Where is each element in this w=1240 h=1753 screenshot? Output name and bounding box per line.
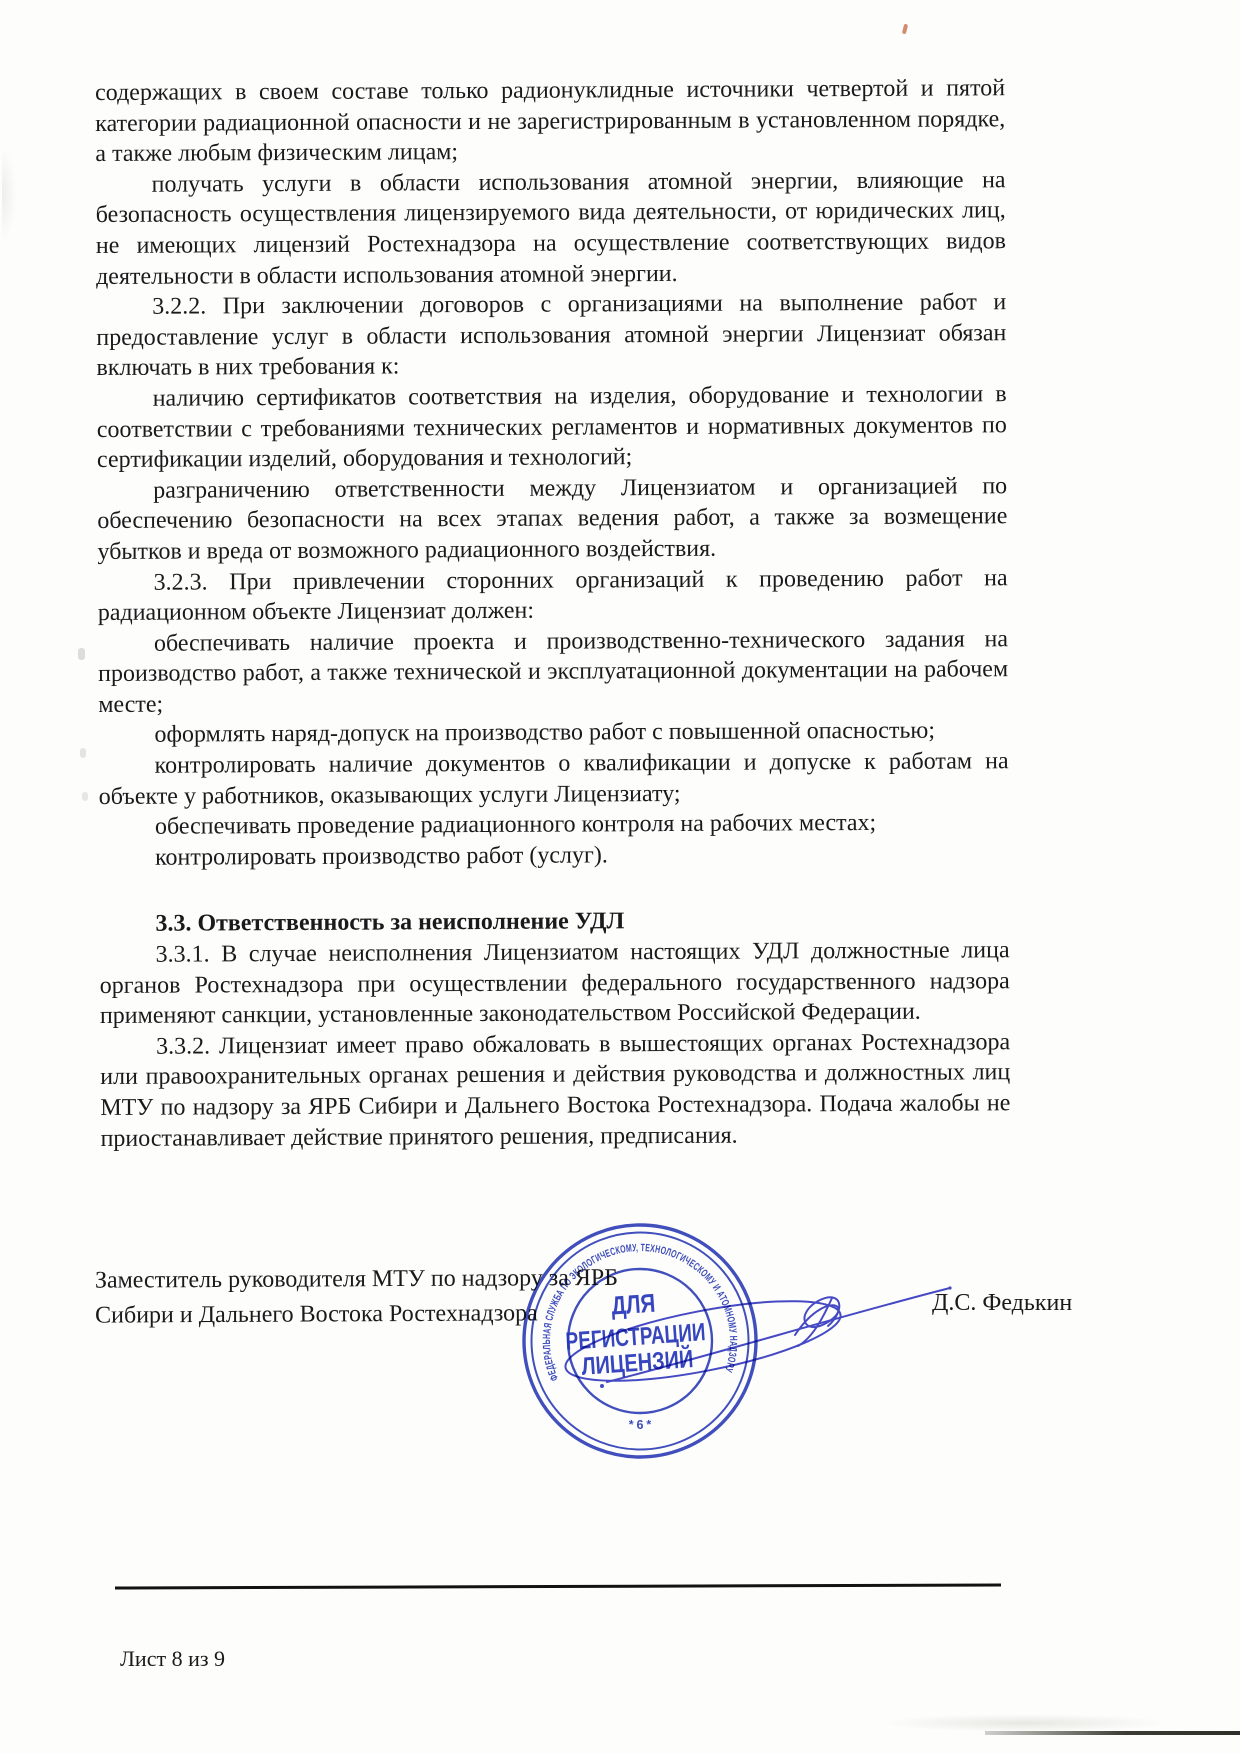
scan-left-mark	[80, 748, 86, 758]
scan-corner-smudge	[2, 150, 16, 240]
signature-ink-dot	[948, 1286, 951, 1289]
scan-speck	[902, 24, 908, 35]
stamp-bottom-number: * 6 *	[628, 1417, 652, 1432]
paragraph: содержащих в своем составе только радион…	[95, 73, 1005, 170]
paragraph: 3.2.3. При привлечении сторонних организ…	[98, 563, 1008, 629]
page-number-label: Лист 8 из 9	[120, 1646, 225, 1672]
body-paragraphs: содержащих в своем составе только радион…	[95, 73, 1011, 1154]
paragraph: обеспечивать наличие проекта и производс…	[98, 624, 1008, 721]
document-page: содержащих в своем составе только радион…	[0, 0, 1240, 1753]
signature-ink-dot2	[600, 1384, 604, 1388]
paragraph: разграничению ответственности между Лице…	[97, 471, 1007, 568]
handwritten-signature	[540, 1250, 1190, 1410]
paragraph: получать услуги в области использования …	[95, 165, 1006, 292]
paragraph: обеспечивать проведение радиационного ко…	[99, 807, 1009, 842]
signature-loop	[560, 1285, 846, 1397]
scan-edge-smudge	[880, 1714, 1170, 1732]
paragraph: 3.3.2. Лицензиат имеет право обжаловать …	[100, 1027, 1011, 1154]
svg-text:* 6 *: * 6 *	[628, 1417, 652, 1432]
paragraph: оформлять наряд-допуск на производство р…	[98, 716, 1008, 751]
scan-left-mark	[78, 648, 85, 660]
paragraph: 3.3.1. В случае неисполнения Лицензиатом…	[100, 935, 1010, 1032]
section-heading: 3.3. Ответственность за неисполнение УДЛ	[99, 905, 1009, 940]
footer-rule	[115, 1583, 1001, 1589]
paragraph: контролировать наличие документов о квал…	[99, 746, 1009, 812]
paragraph: контролировать производство работ (услуг…	[99, 838, 1009, 873]
scan-left-mark	[82, 792, 88, 801]
paragraph: 3.2.2. При заключении договоров с органи…	[96, 287, 1006, 384]
scan-edge-shadow	[985, 1731, 1240, 1735]
paragraph: наличию сертификатов соответствия на изд…	[97, 379, 1007, 476]
